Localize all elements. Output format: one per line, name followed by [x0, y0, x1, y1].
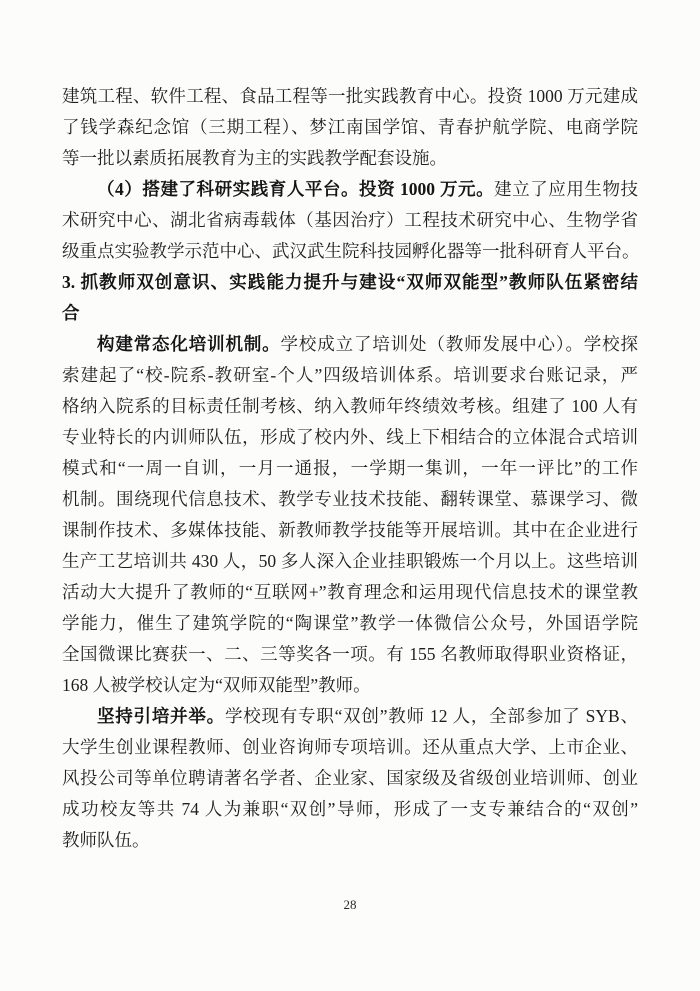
page-number: 28: [62, 897, 638, 912]
document-page: 建筑工程、软件工程、食品工程等一批实践教育中心。投资 1000 万元建成 了钱学…: [0, 0, 700, 991]
paragraph-research-platform: （4）搭建了科研实践育人平台。投资 1000 万元。建立了应用生物技 术研究中心…: [62, 174, 638, 267]
text-line: 风投公司等单位聘请著名学者、企业家、国家级及省级创业培训师、创业: [62, 763, 638, 794]
text-line: 机制。围绕现代信息技术、教学专业技术技能、翻转课堂、慕课学习、微: [62, 484, 638, 515]
text-line: 模式和“一周一自训，一月一通报，一学期一集训，一年一评比”的工作: [62, 453, 638, 484]
paragraph-lead-rest: 建立了应用生物技: [494, 179, 638, 199]
text-line: 专业特长的内训师队伍，形成了校内外、线上下相结合的立体混合式培训: [62, 422, 638, 453]
text-line: 构建常态化培训机制。学校成立了培训处（教师发展中心）。学校探: [62, 329, 638, 360]
paragraph-lead-rest: 学校现有专职“双创”教师 12 人，全部参加了 SYB、: [225, 706, 638, 726]
text-line: （4）搭建了科研实践育人平台。投资 1000 万元。建立了应用生物技: [62, 174, 638, 205]
text-line: 大学生创业课程教师、创业咨询师专项培训。还从重点大学、上市企业、: [62, 732, 638, 763]
text-line: 成功校友等共 74 人为兼职“双创”导师，形成了一支专兼结合的“双创”: [62, 794, 638, 825]
text-line: 活动大大提升了教师的“互联网+”教育理念和运用现代信息技术的课堂教: [62, 577, 638, 608]
paragraph-lead-bold: 坚持引培并举。: [97, 706, 225, 726]
paragraph-lead-rest: 学校成立了培训处（教师发展中心）。学校探: [281, 334, 638, 354]
text-line: 术研究中心、湖北省病毒载体（基因治疗）工程技术研究中心、生物学省: [62, 205, 638, 236]
text-line: 建筑工程、软件工程、食品工程等一批实践教育中心。投资 1000 万元建成: [62, 81, 638, 112]
text-line: 全国微课比赛获一、二、三等奖各一项。有 155 名教师取得职业资格证，: [62, 639, 638, 670]
heading-line: 合: [62, 298, 638, 329]
text-line: 了钱学森纪念馆（三期工程）、梦江南国学馆、青春护航学院、电商学院: [62, 112, 638, 143]
paragraph-lead-bold: （4）搭建了科研实践育人平台。投资 1000 万元。: [97, 179, 494, 199]
paragraph-lead-bold: 构建常态化培训机制。: [97, 334, 281, 354]
text-line: 等一批以素质拓展教育为主的实践教学配套设施。: [62, 143, 638, 174]
text-line: 168 人被学校认定为“双师双能型”教师。: [62, 670, 638, 701]
section-heading-3: 3. 抓教师双创意识、实践能力提升与建设“双师双能型”教师队伍紧密结 合: [62, 267, 638, 329]
text-line: 课制作技术、多媒体技能、新教师教学技能等开展培训。其中在企业进行: [62, 515, 638, 546]
text-line: 格纳入院系的目标责任制考核、纳入教师年终绩效考核。组建了 100 人有: [62, 391, 638, 422]
document-body: 建筑工程、软件工程、食品工程等一批实践教育中心。投资 1000 万元建成 了钱学…: [0, 0, 700, 912]
text-line: 坚持引培并举。学校现有专职“双创”教师 12 人，全部参加了 SYB、: [62, 701, 638, 732]
text-line: 教师队伍。: [62, 825, 638, 856]
heading-line: 3. 抓教师双创意识、实践能力提升与建设“双师双能型”教师队伍紧密结: [62, 267, 638, 298]
text-line: 学能力，催生了建筑学院的“陶课堂”教学一体微信公众号，外国语学院: [62, 608, 638, 639]
text-line: 生产工艺培训共 430 人，50 多人深入企业挂职锻炼一个月以上。这些培训: [62, 546, 638, 577]
paragraph-recruit-and-train: 坚持引培并举。学校现有专职“双创”教师 12 人，全部参加了 SYB、 大学生创…: [62, 701, 638, 856]
paragraph-practice-centers: 建筑工程、软件工程、食品工程等一批实践教育中心。投资 1000 万元建成 了钱学…: [62, 81, 638, 174]
text-line: 级重点实验教学示范中心、武汉武生院科技园孵化器等一批科研育人平台。: [62, 236, 638, 267]
paragraph-training-mechanism: 构建常态化培训机制。学校成立了培训处（教师发展中心）。学校探 索建起了“校-院系…: [62, 329, 638, 701]
text-line: 索建起了“校-院系-教研室-个人”四级培训体系。培训要求台账记录，严: [62, 360, 638, 391]
